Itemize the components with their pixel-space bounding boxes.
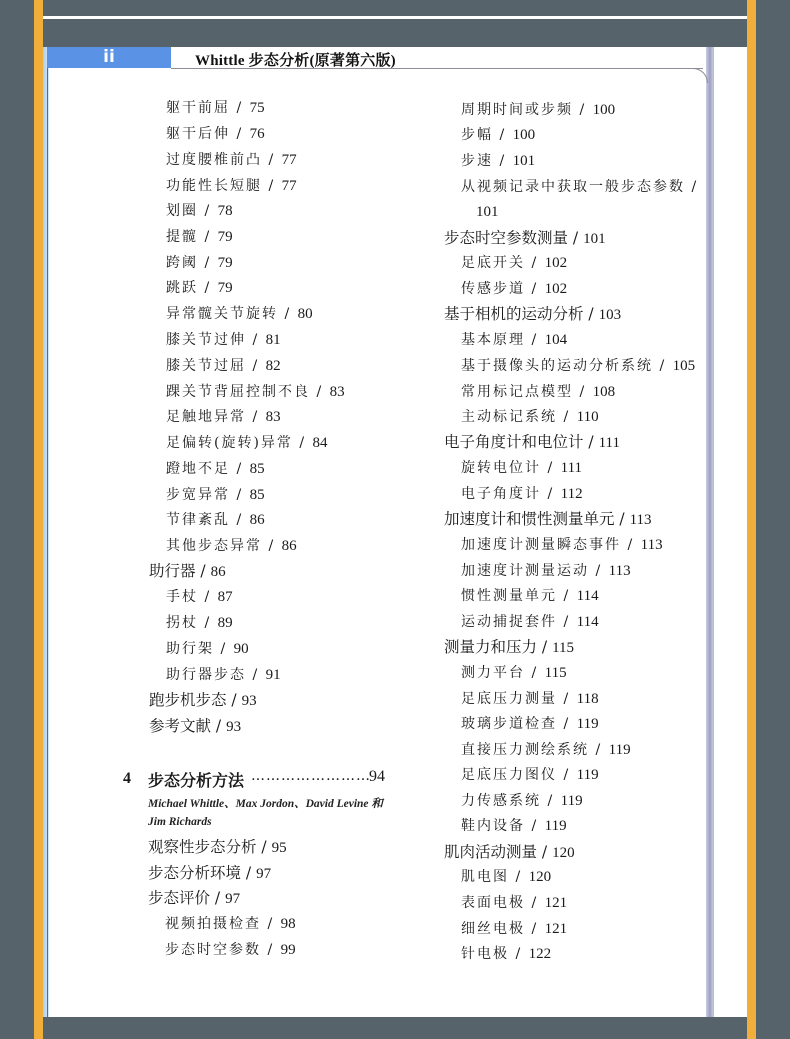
toc-entry-page: 100	[593, 102, 616, 118]
toc-entry: 躯干后伸 / 76	[166, 125, 265, 143]
toc-entry: 其他步态异常 / 86	[166, 537, 297, 555]
toc-entry-title: 鞋内设备 /	[461, 818, 545, 834]
toc-entry-page: 101	[513, 153, 536, 169]
toc-entry: 基于相机的运动分析 / 103	[444, 305, 621, 324]
toc-entry-title: 加速度计测量运动 /	[461, 563, 609, 579]
toc-entry: 躯干前屈 / 75	[166, 99, 265, 117]
toc-entry-title: 足触地异常 /	[166, 409, 266, 425]
toc-entry-title: 蹬地不足 /	[166, 461, 250, 477]
book-page: ii Whittle 步态分析(原著第六版) 躯干前屈 / 75躯干后伸 / 7…	[43, 47, 747, 1017]
toc-entry: 旋转电位计 / 111	[461, 459, 582, 477]
toc-entry: 跳跃 / 79	[166, 279, 233, 297]
toc-entry-page: 95	[272, 840, 287, 856]
toc-entry-title: 电子角度计 /	[461, 486, 561, 502]
toc-entry-page: 85	[250, 487, 265, 503]
toc-entry-page: 119	[545, 818, 567, 834]
toc-entry-title: 功能性长短腿 /	[166, 178, 282, 194]
toc-entry-page: 97	[256, 866, 271, 882]
toc-entry-title: 测力平台 /	[461, 665, 545, 681]
toc-entry: 观察性步态分析 / 95	[148, 838, 287, 857]
toc-entry-page: 82	[266, 358, 281, 374]
toc-entry: 足触地异常 / 83	[166, 408, 281, 426]
header-rule	[171, 68, 703, 69]
toc-entry: 步态评价 / 97	[148, 889, 240, 908]
toc-entry-page: 93	[242, 693, 257, 709]
toc-entry-page: 112	[561, 486, 583, 502]
toc-entry-title: 肌电图 /	[461, 869, 529, 885]
running-head-title: Whittle 步态分析(原著第六版)	[195, 49, 396, 70]
toc-entry-title: 足底压力图仪 /	[461, 767, 577, 783]
toc-entry: 跨阈 / 79	[166, 254, 233, 272]
toc-entry-page: 114	[577, 614, 599, 630]
toc-entry: 周期时间或步频 / 100	[461, 101, 615, 119]
toc-entry-title: 传感步道 /	[461, 281, 545, 297]
toc-entry: 传感步道 / 102	[461, 280, 567, 298]
toc-entry: 肌电图 / 120	[461, 868, 551, 886]
toc-entry-page: 118	[577, 691, 599, 707]
toc-entry-page: 113	[609, 563, 631, 579]
toc-entry-page: 83	[266, 409, 281, 425]
toc-entry-title: 跑步机步态 /	[149, 691, 242, 709]
toc-entry-page: 102	[545, 255, 568, 271]
toc-entry: 踝关节背屈控制不良 / 83	[166, 383, 345, 401]
toc-entry-page: 108	[593, 384, 616, 400]
chapter-page: 94	[369, 768, 385, 786]
toc-entry: 手杖 / 87	[166, 588, 233, 606]
toc-entry: 蹬地不足 / 85	[166, 460, 265, 478]
toc-entry: 提髋 / 79	[166, 228, 233, 246]
toc-entry: 节律紊乱 / 86	[166, 511, 265, 529]
toc-entry-title: 基本原理 /	[461, 332, 545, 348]
toc-entry-title: 玻璃步道检查 /	[461, 716, 577, 732]
toc-entry-page: 110	[577, 409, 599, 425]
toc-entry-title: 足底压力测量 /	[461, 691, 577, 707]
header-rule-curve	[643, 68, 708, 83]
toc-entry: 细丝电极 / 121	[461, 920, 567, 938]
toc-entry: 电子角度计和电位计 / 111	[444, 433, 620, 452]
chapter-authors-line1: Michael Whittle、Max Jordon、David Levine …	[148, 795, 383, 811]
toc-entry-title: 惯性测量单元 /	[461, 588, 577, 604]
toc-entry: 膝关节过屈 / 82	[166, 357, 281, 375]
toc-entry: 运动捕捉套件 / 114	[461, 613, 599, 631]
toc-entry-page: 114	[577, 588, 599, 604]
toc-entry-page: 120	[529, 869, 552, 885]
toc-entry-title: 膝关节过屈 /	[166, 358, 266, 374]
toc-entry-title: 划圈 /	[166, 203, 218, 219]
toc-entry-page: 77	[282, 178, 297, 194]
toc-entry: 助行器步态 / 91	[166, 666, 281, 684]
toc-entry-page: 101	[476, 204, 499, 220]
toc-entry: 玻璃步道检查 / 119	[461, 715, 599, 733]
toc-entry-title: 躯干后伸 /	[166, 126, 250, 142]
toc-entry: 测力平台 / 115	[461, 664, 567, 682]
toc-entry-page: 120	[552, 845, 575, 861]
toc-entry-title: 基于摄像头的运动分析系统 /	[461, 358, 673, 374]
toc-entry-title: 提髋 /	[166, 229, 218, 245]
toc-entry-title: 针电极 /	[461, 946, 529, 962]
toc-entry-title: 从视频记录中获取一般步态参数 /	[461, 179, 698, 195]
toc-entry-page: 119	[577, 767, 599, 783]
toc-entry-page: 79	[218, 255, 233, 271]
toc-entry-page: 111	[599, 435, 620, 451]
chapter-heading: 4 步态分析方法 …………………… 94	[123, 768, 131, 788]
toc-entry-title: 过度腰椎前凸 /	[166, 152, 282, 168]
toc-entry-title: 跨阈 /	[166, 255, 218, 271]
toc-entry-title: 加速度计测量瞬态事件 /	[461, 537, 641, 553]
left-accent-bar	[34, 0, 43, 1039]
top-divider	[43, 16, 747, 19]
toc-entry-title: 步速 /	[461, 153, 513, 169]
toc-entry-title: 主动标记系统 /	[461, 409, 577, 425]
toc-entry-title: 节律紊乱 /	[166, 512, 250, 528]
toc-entry: 步态时空参数测量 / 101	[444, 229, 606, 248]
toc-entry-page: 85	[250, 461, 265, 477]
toc-entry-page: 115	[552, 640, 574, 656]
toc-entry: 步宽异常 / 85	[166, 486, 265, 504]
toc-entry: 足偏转(旋转)异常 / 84	[166, 434, 328, 452]
toc-entry-title: 步态时空参数 /	[165, 942, 281, 958]
toc-entry-title: 常用标记点模型 /	[461, 384, 593, 400]
toc-entry-page: 119	[577, 716, 599, 732]
toc-entry: 测量力和压力 / 115	[444, 638, 574, 657]
chapter-leader-dots: ……………………	[251, 768, 371, 784]
toc-entry-title: 跳跃 /	[166, 280, 218, 296]
toc-entry-page: 97	[225, 891, 240, 907]
toc-entry-title: 步态评价 /	[148, 889, 225, 907]
toc-entry-title: 视频拍摄检查 /	[165, 916, 281, 932]
toc-entry: 针电极 / 122	[461, 945, 551, 963]
toc-entry-page: 86	[211, 564, 226, 580]
toc-entry: 助行器 / 86	[149, 562, 226, 581]
toc-entry-title: 电子角度计和电位计 /	[444, 433, 599, 451]
toc-entry: 视频拍摄检查 / 98	[165, 915, 296, 933]
toc-entry-title: 观察性步态分析 /	[148, 838, 272, 856]
toc-entry: 表面电极 / 121	[461, 894, 567, 912]
toc-entry-page: 93	[226, 719, 241, 735]
toc-entry-title: 踝关节背屈控制不良 /	[166, 384, 330, 400]
toc-entry: 参考文献 / 93	[149, 717, 241, 736]
toc-entry: 步速 / 101	[461, 152, 535, 170]
page-curl-edge	[706, 47, 714, 1017]
toc-entry: 从视频记录中获取一般步态参数 /	[461, 178, 698, 196]
toc-entry-page: 81	[266, 332, 281, 348]
toc-entry-page: 122	[529, 946, 552, 962]
toc-entry-title: 步幅 /	[461, 127, 513, 143]
toc-entry-title: 助行架 /	[166, 641, 234, 657]
toc-entry-page: 87	[218, 589, 233, 605]
toc-entry-title: 旋转电位计 /	[461, 460, 561, 476]
toc-entry: 足底开关 / 102	[461, 254, 567, 272]
toc-entry: 鞋内设备 / 119	[461, 817, 567, 835]
toc-entry-title: 力传感系统 /	[461, 793, 561, 809]
page-number-tab: ii	[47, 47, 171, 68]
toc-entry: 步幅 / 100	[461, 126, 535, 144]
toc-entry-page: 98	[281, 916, 296, 932]
toc-entry-title: 加速度计和惯性测量单元 /	[444, 510, 630, 528]
toc-entry: 步态时空参数 / 99	[165, 941, 296, 959]
toc-entry: 加速度计和惯性测量单元 / 113	[444, 510, 652, 529]
toc-entry-page: 101	[583, 231, 606, 247]
toc-entry: 异常髋关节旋转 / 80	[166, 305, 313, 323]
toc-entry-page: 77	[282, 152, 297, 168]
toc-entry-title: 其他步态异常 /	[166, 538, 282, 554]
toc-entry: 电子角度计 / 112	[461, 485, 583, 503]
toc-entry-page: 113	[641, 537, 663, 553]
page-binding-edge	[43, 47, 49, 1017]
toc-entry: 膝关节过伸 / 81	[166, 331, 281, 349]
toc-entry-title: 测量力和压力 /	[444, 638, 552, 656]
toc-entry-title: 步态时空参数测量 /	[444, 229, 583, 247]
toc-entry-title: 细丝电极 /	[461, 921, 545, 937]
bottom-band	[43, 1017, 747, 1039]
toc-entry-title: 基于相机的运动分析 /	[444, 305, 599, 323]
toc-entry: 肌肉活动测量 / 120	[444, 843, 575, 862]
chapter-title: 步态分析方法	[148, 768, 244, 791]
toc-entry-page: 84	[313, 435, 328, 451]
toc-entry-title: 足底开关 /	[461, 255, 545, 271]
toc-entry-title: 运动捕捉套件 /	[461, 614, 577, 630]
toc-entry-title: 拐杖 /	[166, 615, 218, 631]
toc-entry: 101	[476, 203, 499, 221]
toc-entry: 功能性长短腿 / 77	[166, 177, 297, 195]
toc-entry: 惯性测量单元 / 114	[461, 587, 599, 605]
toc-entry: 常用标记点模型 / 108	[461, 383, 615, 401]
right-accent-bar	[747, 0, 756, 1039]
toc-entry-title: 肌肉活动测量 /	[444, 843, 552, 861]
toc-entry-page: 86	[250, 512, 265, 528]
toc-entry: 基于摄像头的运动分析系统 / 105	[461, 357, 695, 375]
toc-entry-page: 91	[266, 667, 281, 683]
toc-entry: 助行架 / 90	[166, 640, 249, 658]
toc-entry-page: 119	[609, 742, 631, 758]
toc-entry-page: 90	[234, 641, 249, 657]
toc-entry-title: 手杖 /	[166, 589, 218, 605]
toc-entry-page: 78	[218, 203, 233, 219]
toc-entry-title: 步宽异常 /	[166, 487, 250, 503]
toc-entry-title: 躯干前屈 /	[166, 100, 250, 116]
toc-entry-page: 99	[281, 942, 296, 958]
toc-entry-title: 步态分析环境 /	[148, 864, 256, 882]
toc-entry-page: 79	[218, 229, 233, 245]
toc-entry: 足底压力测量 / 118	[461, 690, 599, 708]
toc-entry-page: 100	[513, 127, 536, 143]
toc-entry-page: 104	[545, 332, 568, 348]
toc-entry-title: 助行器 /	[149, 562, 211, 580]
toc-entry-page: 83	[330, 384, 345, 400]
toc-entry-title: 周期时间或步频 /	[461, 102, 593, 118]
toc-entry-page: 113	[630, 512, 652, 528]
chapter-authors-line2: Jim Richards	[148, 816, 212, 828]
toc-entry: 加速度计测量运动 / 113	[461, 562, 631, 580]
toc-entry-page: 121	[545, 895, 568, 911]
toc-entry-title: 助行器步态 /	[166, 667, 266, 683]
toc-entry: 步态分析环境 / 97	[148, 864, 271, 883]
toc-entry-title: 足偏转(旋转)异常 /	[166, 435, 313, 451]
toc-entry-page: 121	[545, 921, 568, 937]
toc-entry: 基本原理 / 104	[461, 331, 567, 349]
toc-entry-title: 参考文献 /	[149, 717, 226, 735]
toc-entry-page: 119	[561, 793, 583, 809]
toc-entry: 力传感系统 / 119	[461, 792, 583, 810]
toc-entry-page: 80	[298, 306, 313, 322]
toc-entry-page: 102	[545, 281, 568, 297]
toc-entry-title: 异常髋关节旋转 /	[166, 306, 298, 322]
toc-entry-page: 103	[599, 307, 622, 323]
toc-entry-page: 86	[282, 538, 297, 554]
toc-entry: 直接压力测绘系统 / 119	[461, 741, 631, 759]
toc-entry: 加速度计测量瞬态事件 / 113	[461, 536, 663, 554]
chapter-number: 4	[123, 770, 131, 787]
toc-entry-page: 89	[218, 615, 233, 631]
toc-entry-page: 79	[218, 280, 233, 296]
toc-entry: 跑步机步态 / 93	[149, 691, 257, 710]
toc-entry: 拐杖 / 89	[166, 614, 233, 632]
toc-entry-title: 表面电极 /	[461, 895, 545, 911]
toc-entry-page: 105	[673, 358, 696, 374]
toc-entry-page: 115	[545, 665, 567, 681]
toc-entry: 划圈 / 78	[166, 202, 233, 220]
page-number: ii	[103, 47, 115, 67]
toc-entry: 主动标记系统 / 110	[461, 408, 599, 426]
toc-entry-title: 膝关节过伸 /	[166, 332, 266, 348]
toc-entry-title: 直接压力测绘系统 /	[461, 742, 609, 758]
toc-entry-page: 75	[250, 100, 265, 116]
toc-entry: 过度腰椎前凸 / 77	[166, 151, 297, 169]
toc-entry: 足底压力图仪 / 119	[461, 766, 599, 784]
toc-entry-page: 76	[250, 126, 265, 142]
toc-entry-page: 111	[561, 460, 582, 476]
